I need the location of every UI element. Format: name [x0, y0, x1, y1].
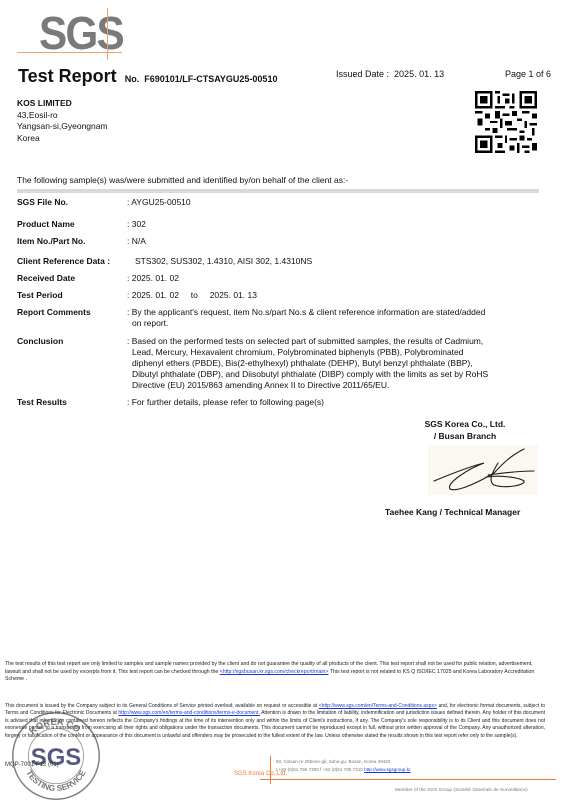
website-link[interactable]: http://www.sgsgroup.kr: [364, 767, 410, 772]
field-label: Test Results: [17, 397, 127, 408]
issuer-branch: / Busan Branch: [410, 430, 520, 442]
client-address-line: Yangsan-si,Gyeongnam: [17, 121, 108, 133]
field-label: Item No./Part No.: [17, 236, 127, 247]
e-document-terms-link[interactable]: http://www.sgs.com/en/terms-and-conditio…: [118, 710, 259, 716]
issued-date: Issued Date : 2025. 01. 13: [336, 69, 444, 79]
field-test-period: Test Period : 2025. 01. 02 to 2025. 01. …: [17, 290, 527, 301]
intro-text: The following sample(s) was/were submitt…: [17, 175, 348, 185]
field-label: Received Date: [17, 273, 127, 284]
report-number: No. F690101/LF-CTSAYGU25-00510: [125, 74, 278, 84]
client-address-block: KOS LIMITED 43,Eosil-ro Yangsan-si,Gyeon…: [17, 98, 108, 144]
logo-rule-vertical: [107, 8, 108, 60]
field-client-reference: Client Reference Data : STS302, SUS302, …: [17, 256, 535, 267]
footer-contact: t +82 (0)51 796 7300 f +82 (0)51 795 731…: [276, 766, 411, 774]
field-item-no: Item No./Part No. : N/A: [17, 236, 527, 247]
title-text: Test Report: [18, 66, 117, 86]
field-product-name: Product Name : 302: [17, 219, 527, 230]
field-label: Report Comments: [17, 307, 127, 329]
svg-text:KOREA CO.: KOREA CO.: [28, 717, 85, 737]
svg-text:TESTING SERVICE: TESTING SERVICE: [24, 768, 88, 793]
field-label: Conclusion: [17, 336, 127, 391]
field-label: Client Reference Data :: [17, 256, 135, 267]
testing-service-stamp-icon: KOREA CO. TESTING SERVICE SGS: [10, 710, 102, 800]
terms-conditions-link[interactable]: <http://www.sgs.com/en/Terms-and-Conditi…: [319, 703, 437, 709]
field-value: STS302, SUS302, 1.4310, AISI 302, 1.4310…: [135, 256, 535, 267]
member-note: Member of the SGS Group (Société Général…: [395, 788, 528, 793]
field-value: : AYGU25-00510: [127, 197, 527, 208]
disclaimer-text: The test results of this test report are…: [5, 661, 545, 684]
client-name: KOS LIMITED: [17, 98, 108, 110]
field-value: : By the applicant's request, item No.s/…: [127, 307, 487, 329]
field-value: : For further details, please refer to f…: [127, 397, 527, 408]
report-title: Test Report No. F690101/LF-CTSAYGU25-005…: [18, 66, 277, 87]
field-sgs-file-no: SGS File No. : AYGU25-00510: [17, 197, 527, 208]
footer-divider: [260, 779, 556, 780]
page-number: Page 1 of 6: [505, 69, 551, 79]
signature-image: [428, 445, 538, 495]
check-report-link[interactable]: <http://sgsbusan.kr.sgs.com/checkreport/…: [220, 669, 329, 675]
issuer-company: SGS Korea Co., Ltd.: [410, 418, 520, 430]
divider: [17, 189, 539, 193]
field-label: Test Period: [17, 290, 127, 301]
issuer-block: SGS Korea Co., Ltd. / Busan Branch: [410, 418, 520, 442]
field-received-date: Received Date : 2025. 01. 02: [17, 273, 527, 284]
field-report-comments: Report Comments : By the applicant's req…: [17, 307, 487, 329]
field-label: SGS File No.: [17, 197, 127, 208]
footer-address-block: 50, Sinsan-ro 29beon-gil, Saha-gu, Busan…: [276, 758, 411, 774]
qr-code-icon[interactable]: [475, 91, 537, 153]
field-conclusion: Conclusion : Based on the performed test…: [17, 336, 492, 391]
field-value: : 2025. 01. 02: [127, 273, 527, 284]
client-address-line: 43,Eosil-ro: [17, 110, 108, 122]
field-test-results: Test Results : For further details, plea…: [17, 397, 527, 408]
field-value: : 302: [127, 219, 527, 230]
field-value: : Based on the performed tests on select…: [127, 336, 492, 391]
form-code: MQP-7001-F12 (01): [5, 762, 59, 768]
client-address-line: Korea: [17, 133, 108, 145]
field-label: Product Name: [17, 219, 127, 230]
signer-name: Taehee Kang / Technical Manager: [385, 507, 520, 517]
field-value: : 2025. 01. 02 to 2025. 01. 13: [127, 290, 527, 301]
sgs-logo: SGS: [17, 8, 125, 56]
footer-address: 50, Sinsan-ro 29beon-gil, Saha-gu, Busan…: [276, 758, 411, 766]
field-value: : N/A: [127, 236, 527, 247]
